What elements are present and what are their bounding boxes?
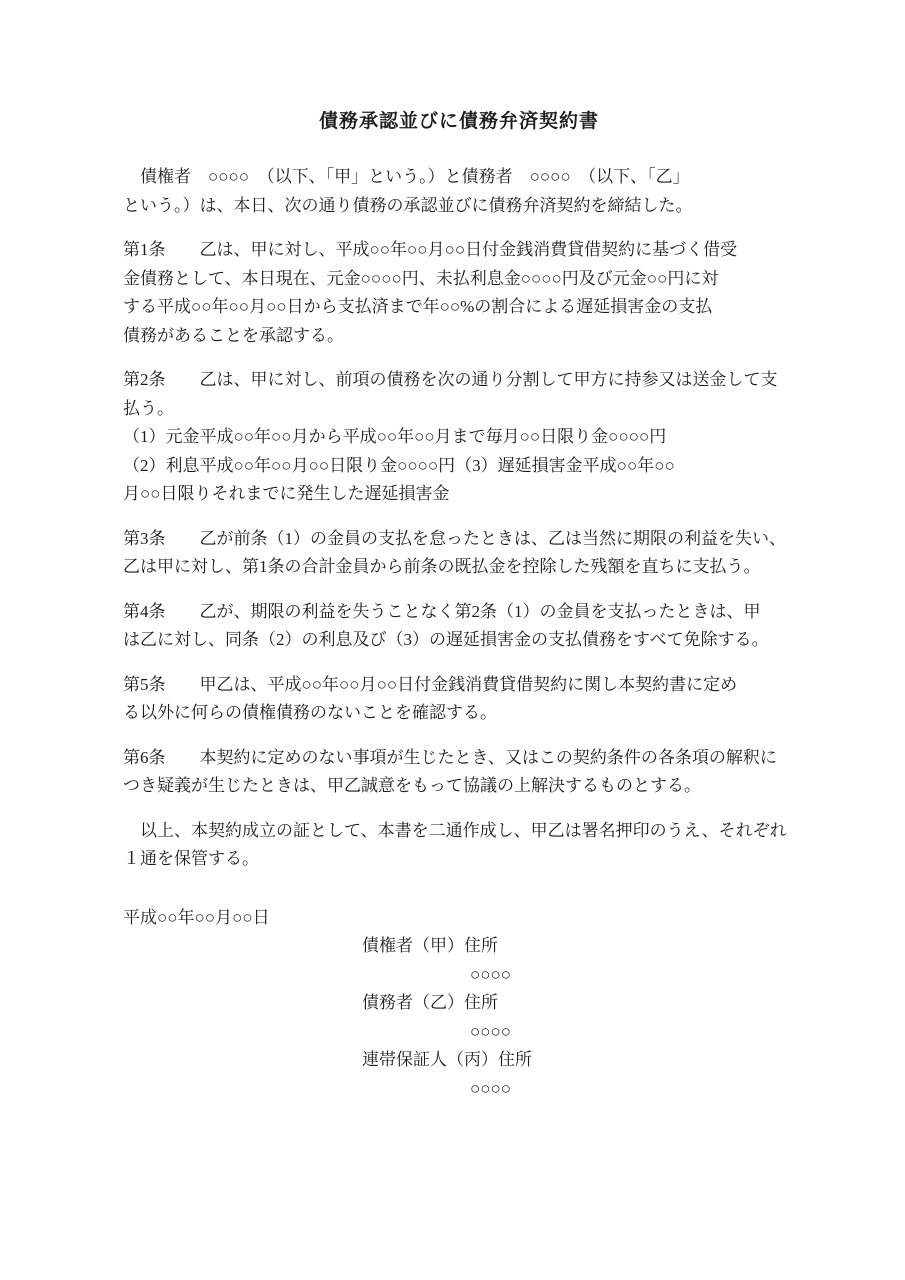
document-content: 債務承認並びに債務弁済契約書 債権者 ○○○○ （以下、「甲」という。）と債務者…	[123, 0, 795, 1103]
paragraph-article-2: 第2条 乙は、甲に対し、前項の債務を次の通り分割して甲方に持参又は送金して支払う…	[123, 366, 795, 509]
text-line: 第6条 本契約に定めのない事項が生じたとき、又はこの契約条件の各条項の解釈に	[123, 744, 795, 773]
document-body: 債権者 ○○○○ （以下、「甲」という。）と債務者 ○○○○ （以下、「乙」とい…	[123, 163, 795, 874]
document-title: 債務承認並びに債務弁済契約書	[123, 109, 795, 135]
signature-label: 債権者（甲）住所	[362, 932, 795, 961]
text-line: 第5条 甲乙は、平成○○年○○月○○日付金銭消費貸借契約に関し本契約書に定め	[123, 671, 795, 700]
signature-value: ○○○○	[470, 1075, 795, 1104]
contract-page: 債務承認並びに債務弁済契約書 債権者 ○○○○ （以下、「甲」という。）と債務者…	[0, 0, 905, 1280]
paragraph-preamble: 債権者 ○○○○ （以下、「甲」という。）と債務者 ○○○○ （以下、「乙」とい…	[123, 163, 795, 220]
date-line: 平成○○年○○月○○日	[123, 904, 795, 933]
paragraph-closing: 以上、本契約成立の証として、本書を二通作成し、甲乙は署名押印のうえ、それぞれ１通…	[123, 817, 795, 874]
text-line: 以上、本契約成立の証として、本書を二通作成し、甲乙は署名押印のうえ、それぞれ	[123, 817, 795, 846]
signature-block: 債権者（甲）住所○○○○債務者（乙）住所○○○○連帯保証人（丙）住所○○○○	[362, 932, 795, 1103]
text-line: 月○○日限りそれまでに発生した遅延損害金	[123, 480, 795, 509]
text-line: 債務があることを承認する。	[123, 322, 795, 351]
signature-label: 債務者（乙）住所	[362, 989, 795, 1018]
text-line: 第2条 乙は、甲に対し、前項の債務を次の通り分割して甲方に持参又は送金して支	[123, 366, 795, 395]
text-line: 乙は甲に対し、第1条の合計金員から前条の既払金を控除した残額を直ちに支払う。	[123, 553, 795, 582]
text-line: 払う。	[123, 395, 795, 424]
text-line: 第4条 乙が、期限の利益を失うことなく第2条（1）の金員を支払ったときは、甲	[123, 598, 795, 627]
paragraph-article-5: 第5条 甲乙は、平成○○年○○月○○日付金銭消費貸借契約に関し本契約書に定める以…	[123, 671, 795, 728]
text-line: １通を保管する。	[123, 845, 795, 874]
text-line: する平成○○年○○月○○日から支払済まで年○○%の割合による遅延損害金の支払	[123, 293, 795, 322]
signature-label: 連帯保証人（丙）住所	[362, 1046, 795, 1075]
signature-value: ○○○○	[470, 1018, 795, 1047]
text-line: （2）利息平成○○年○○月○○日限り金○○○○円（3）遅延損害金平成○○年○○	[123, 452, 795, 481]
text-line: る以外に何らの債権債務のないことを確認する。	[123, 699, 795, 728]
text-line: という。）は、本日、次の通り債務の承認並びに債務弁済契約を締結した。	[123, 192, 795, 221]
text-line: 債権者 ○○○○ （以下、「甲」という。）と債務者 ○○○○ （以下、「乙」	[123, 163, 795, 192]
paragraph-article-1: 第1条 乙は、甲に対し、平成○○年○○月○○日付金銭消費貸借契約に基づく借受金債…	[123, 236, 795, 350]
paragraph-article-3: 第3条 乙が前条（1）の金員の支払を怠ったときは、乙は当然に期限の利益を失い、乙…	[123, 525, 795, 582]
text-line: 第3条 乙が前条（1）の金員の支払を怠ったときは、乙は当然に期限の利益を失い、	[123, 525, 795, 554]
text-line: 金債務として、本日現在、元金○○○○円、未払利息金○○○○円及び元金○○円に対	[123, 265, 795, 294]
text-line: は乙に対し、同条（2）の利息及び（3）の遅延損害金の支払債務をすべて免除する。	[123, 626, 795, 655]
text-line: つき疑義が生じたときは、甲乙誠意をもって協議の上解決するものとする。	[123, 772, 795, 801]
paragraph-article-6: 第6条 本契約に定めのない事項が生じたとき、又はこの契約条件の各条項の解釈につき…	[123, 744, 795, 801]
signature-value: ○○○○	[470, 961, 795, 990]
text-line: 第1条 乙は、甲に対し、平成○○年○○月○○日付金銭消費貸借契約に基づく借受	[123, 236, 795, 265]
text-line: （1）元金平成○○年○○月から平成○○年○○月まで毎月○○日限り金○○○○円	[123, 423, 795, 452]
paragraph-article-4: 第4条 乙が、期限の利益を失うことなく第2条（1）の金員を支払ったときは、甲は乙…	[123, 598, 795, 655]
